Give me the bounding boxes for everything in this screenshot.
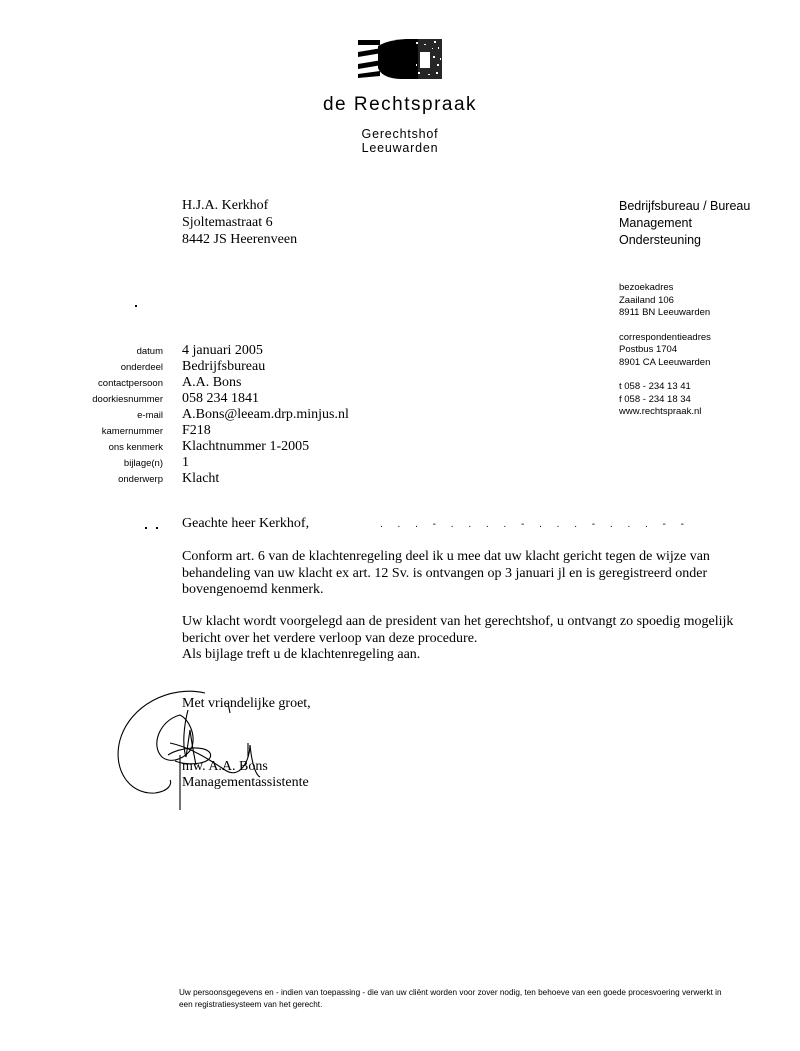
recipient-city: 8442 JS Heerenveen xyxy=(182,231,297,248)
meta-label: datum xyxy=(70,346,182,357)
meta-value: Klacht xyxy=(182,471,219,487)
meta-label: ons kenmerk xyxy=(70,442,182,453)
paragraph-line: Uw klacht wordt voorgelegd aan de presid… xyxy=(182,614,762,631)
footer-line: een registratiesysteem van het gerecht. xyxy=(179,999,779,1011)
department-line: Bedrijfsbureau / Bureau xyxy=(619,198,750,215)
meta-label: bijlage(n) xyxy=(70,458,182,469)
meta-value: F218 xyxy=(182,423,211,439)
court-line: Leeuwarden xyxy=(300,141,500,155)
letter-metadata: datum4 januari 2005 onderdeelBedrijfsbur… xyxy=(70,343,349,487)
paragraph-line: bericht over het verdere verloop van dez… xyxy=(182,631,762,648)
postal-address-label: correspondentieadres xyxy=(619,332,711,345)
meta-value: 4 januari 2005 xyxy=(182,343,263,359)
meta-value: Bedrijfsbureau xyxy=(182,359,265,375)
body-paragraph-1: Conform art. 6 van de klachtenregeling d… xyxy=(182,549,762,599)
postal-address: correspondentieadres Postbus 1704 8901 C… xyxy=(619,332,711,370)
salutation: Geachte heer Kerkhof, xyxy=(182,516,309,532)
meta-row: onderwerpKlacht xyxy=(70,471,349,487)
meta-value: A.A. Bons xyxy=(182,375,242,391)
department-line: Ondersteuning xyxy=(619,232,750,249)
meta-row: doorkiesnummer058 234 1841 xyxy=(70,391,349,407)
fax-number: f 058 - 234 18 34 xyxy=(619,394,711,407)
meta-label: contactpersoon xyxy=(70,378,182,389)
meta-row: contactpersoonA.A. Bons xyxy=(70,375,349,391)
meta-label: onderwerp xyxy=(70,474,182,485)
recipient-address: H.J.A. Kerkhof Sjoltemastraat 6 8442 JS … xyxy=(182,197,297,248)
visit-address-label: bezoekadres xyxy=(619,282,711,295)
meta-label: onderdeel xyxy=(70,362,182,373)
body-paragraph-2: Uw klacht wordt voorgelegd aan de presid… xyxy=(182,614,762,664)
meta-value: 1 xyxy=(182,455,189,471)
scan-speck xyxy=(145,527,147,529)
meta-row: kamernummerF218 xyxy=(70,423,349,439)
department-line: Management xyxy=(619,215,750,232)
paragraph-line: Als bijlage treft u de klachtenregeling … xyxy=(182,647,762,664)
meta-value: 058 234 1841 xyxy=(182,391,259,407)
meta-row: e-mailA.Bons@leeam.drp.minjus.nl xyxy=(70,407,349,423)
visit-address-city: 8911 BN Leeuwarden xyxy=(619,307,711,320)
phone-number: t 058 - 234 13 41 xyxy=(619,381,711,394)
email-value[interactable]: A.Bons@leeam.drp.minjus.nl xyxy=(182,407,349,423)
visit-address-street: Zaailand 106 xyxy=(619,295,711,308)
scan-noise: . . . - . . . . - . . . - . . . - - xyxy=(380,519,690,530)
sender-contact-block: bezoekadres Zaailand 106 8911 BN Leeuwar… xyxy=(619,282,711,419)
sender-department: Bedrijfsbureau / Bureau Management Onder… xyxy=(619,198,750,249)
rechtspraak-logo-icon xyxy=(358,38,444,80)
scan-speck xyxy=(135,305,137,307)
court-line: Gerechtshof xyxy=(300,127,500,141)
visit-address: bezoekadres Zaailand 106 8911 BN Leeuwar… xyxy=(619,282,711,320)
scan-speck xyxy=(156,527,158,529)
court-name: Gerechtshof Leeuwarden xyxy=(300,127,500,155)
meta-label: e-mail xyxy=(70,410,182,421)
meta-label: doorkiesnummer xyxy=(70,394,182,405)
handwritten-signature-icon xyxy=(110,685,310,815)
meta-row: onderdeelBedrijfsbureau xyxy=(70,359,349,375)
brand-name: de Rechtspraak xyxy=(300,94,500,116)
meta-row: bijlage(n)1 xyxy=(70,455,349,471)
meta-row: datum4 januari 2005 xyxy=(70,343,349,359)
postal-address-street: Postbus 1704 xyxy=(619,344,711,357)
meta-value: Klachtnummer 1-2005 xyxy=(182,439,309,455)
privacy-footer: Uw persoonsgegevens en - indien van toep… xyxy=(179,987,779,1011)
footer-line: Uw persoonsgegevens en - indien van toep… xyxy=(179,987,779,999)
meta-row: ons kenmerkKlachtnummer 1-2005 xyxy=(70,439,349,455)
recipient-street: Sjoltemastraat 6 xyxy=(182,214,297,231)
contact-numbers: t 058 - 234 13 41 f 058 - 234 18 34 www.… xyxy=(619,381,711,419)
postal-address-city: 8901 CA Leeuwarden xyxy=(619,357,711,370)
meta-label: kamernummer xyxy=(70,426,182,437)
recipient-name: H.J.A. Kerkhof xyxy=(182,197,297,214)
website-link[interactable]: www.rechtspraak.nl xyxy=(619,406,711,419)
